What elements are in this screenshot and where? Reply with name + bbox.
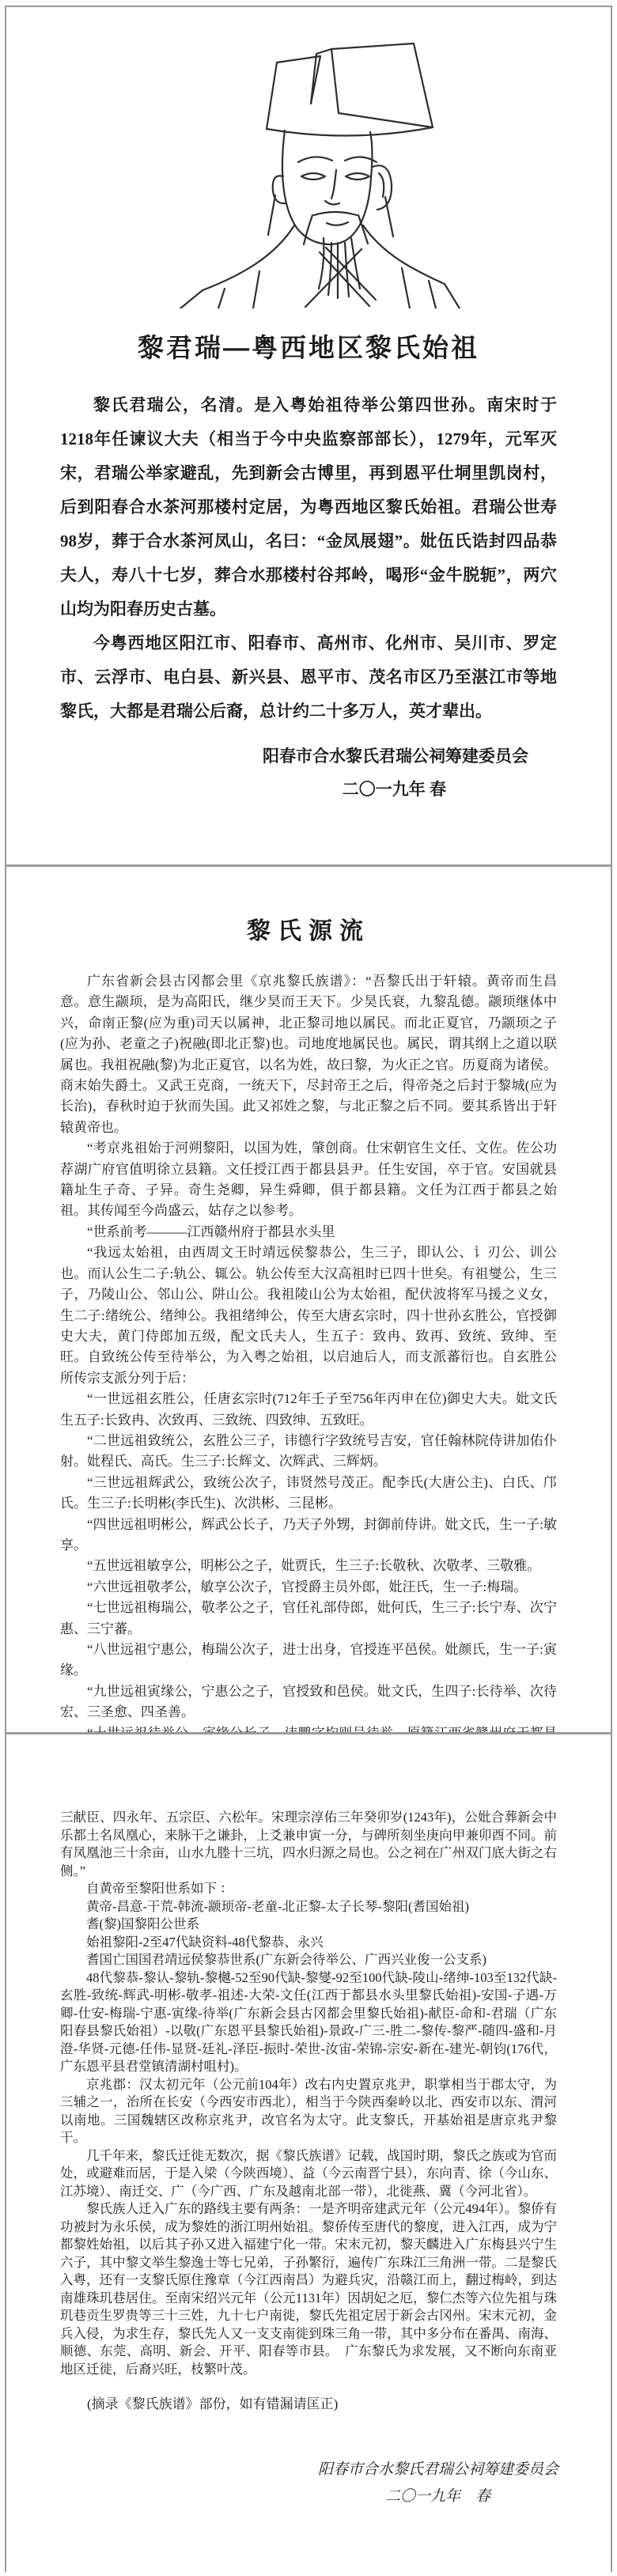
page-title: 黎君瑞—粤西地区黎氏始祖	[6, 327, 611, 365]
lineage-line: 耆国亡国国君靖远侯黎恭世系(广东新会待举公、广西兴业俊一公支系)	[60, 1951, 557, 1969]
paragraph: “八世远祖宁惠公，梅瑞公次子，进士出身，官授连平邑侯。妣颜氏，生一子:寅缘。	[60, 1640, 557, 1681]
page2-body: 广东省新会县古冈都会里《京兆黎氏族谱》：“吾黎氏出于轩辕。黄帝而生昌意。意生颛顼…	[6, 971, 611, 1732]
paragraph: 黎氏族人迁入广东的路线主要有两条：一是齐明帝建武元年（公元494年）。黎侨有功被…	[60, 2200, 557, 2378]
paragraph: 京兆郡：汉太初元年（公元前104年）改右内史置京兆尹，职掌相当于郡太守，为三辅之…	[60, 2076, 557, 2147]
committee-signature: 阳春市合水黎氏君瑞公祠筹建委员会	[6, 740, 611, 773]
paragraph: “我远太始祖，由西周文王时靖远侯黎恭公，生三子，即认公、讠刃公、训公也。而认公生…	[60, 1243, 557, 1389]
page-3: 三献臣、四永年、五宗臣、六松年。宋理宗淳佑三年癸卯岁(1243年)，公妣合葬新会…	[6, 1732, 611, 2572]
lineage-line: 黄帝-昌意-干荒-韩流-颛顼帝-老童-北正黎-太子长琴-黎阳(耆国始祖)	[60, 1898, 557, 1916]
paragraph: 自黄帝至黎阳世系如下 ：	[60, 1880, 557, 1898]
committee-signature: 阳春市合水黎氏君瑞公祠筹建委员会	[6, 2457, 611, 2483]
ancestor-portrait	[150, 28, 467, 308]
paragraph: 广东省新会县古冈都会里《京兆黎氏族谱》：“吾黎氏出于轩辕。黄帝而生昌意。意生颛顼…	[60, 971, 557, 1138]
page1-body: 黎氏君瑞公，名清。是入粤始祖待举公第四世孙。南宋时于1218年任谏议大夫（相当于…	[6, 388, 611, 728]
paragraph: “二世远祖致统公，玄胜公三子，讳德行字致统号吉安，官任翰林院侍讲加佑仆射。妣程氏…	[60, 1431, 557, 1473]
lineage-paragraph: 48代黎恭-黎认-黎轨-黎樾-52至90代缺-黎燮-92至100代缺-陵山-绪绅…	[60, 1969, 557, 2076]
paragraph: 今粤西地区阳江市、阳春市、高州市、化州市、吴川市、罗定市、云浮市、电白县、新兴县…	[60, 626, 557, 728]
paragraph: 黎氏君瑞公，名清。是入粤始祖待举公第四世孙。南宋时于1218年任谏议大夫（相当于…	[60, 388, 557, 626]
paragraph: “六世远祖敬孝公，敏享公次子，官授爵主员外郎，妣汪氏，生一子:梅瑞。	[60, 1577, 557, 1598]
lineage-line: 耆(黎)国黎阳公世系	[60, 1916, 557, 1934]
paragraph: “一世远祖玄胜公，任唐玄宗时(712年壬子至756年丙申在位)御史大夫。妣文氏生…	[60, 1389, 557, 1431]
page3-body: 三献臣、四永年、五宗臣、六松年。宋理宗淳佑三年癸卯岁(1243年)，公妣合葬新会…	[6, 1734, 611, 2414]
paragraph: 三献臣、四永年、五宗臣、六松年。宋理宗淳佑三年癸卯岁(1243年)，公妣合葬新会…	[60, 1809, 557, 1880]
source-note: (摘录《黎氏族谱》部份，如有错漏请匡正)	[60, 2396, 557, 2414]
paragraph: “三世远祖辉武公，致统公次子，讳贤然号茂正。配李氏(大唐公主)、白氏、邝氏。生三…	[60, 1473, 557, 1515]
signature-date: 二〇一九年 春	[6, 2483, 611, 2510]
paragraph: “世系前考———江西赣州府于都县水头里	[60, 1222, 557, 1243]
lineage-line: 始祖黎阳-2至47代缺资料-48代黎恭、永兴	[60, 1934, 557, 1952]
page-1: 黎君瑞—粤西地区黎氏始祖 黎氏君瑞公，名清。是入粤始祖待举公第四世孙。南宋时于1…	[6, 7, 611, 864]
section-title: 黎氏源流	[6, 867, 611, 946]
paragraph: “七世远祖梅瑞公，敬孝公之子，官任礼部侍郎，妣何氏，生三子:长宁寿、次宁惠、三宁…	[60, 1598, 557, 1640]
paragraph: “九世远祖寅缘公，宁惠公之子，官授致和邑侯。妣文氏，生四子:长待举、次待宏、三圣…	[60, 1681, 557, 1723]
paragraph: “考京兆祖始于河朔黎阳，以国为姓，肇创商。仕宋朝官生文任、文佐。佐公功荐湖广府官…	[60, 1138, 557, 1222]
page-2: 黎氏源流 广东省新会县古冈都会里《京兆黎氏族谱》：“吾黎氏出于轩辕。黄帝而生昌意…	[6, 864, 611, 1732]
paragraph: 几千年来，黎氏迁徙无数次，据《黎氏族谱》记载，战国时期，黎氏之族或为官而处，或避…	[60, 2147, 557, 2201]
signature-date: 二〇一九年 春	[6, 773, 611, 806]
paragraph: “四世远祖明彬公，辉武公长子，乃天子外甥，封御前侍讲。妣文氏，生一子:敏享。	[60, 1515, 557, 1557]
scanned-document: 黎君瑞—粤西地区黎氏始祖 黎氏君瑞公，名清。是入粤始祖待举公第四世孙。南宋时于1…	[5, 6, 612, 2572]
paragraph: “十世远祖待举公，寅缘公长子，讳鹏字均则号待举，原籍江西省赣州府于都县水头里(今…	[60, 1723, 557, 1732]
paragraph: “五世远祖敏享公，明彬公之子，妣贾氏，生三子:长敬秋、次敬孝、三敬雅。	[60, 1556, 557, 1576]
